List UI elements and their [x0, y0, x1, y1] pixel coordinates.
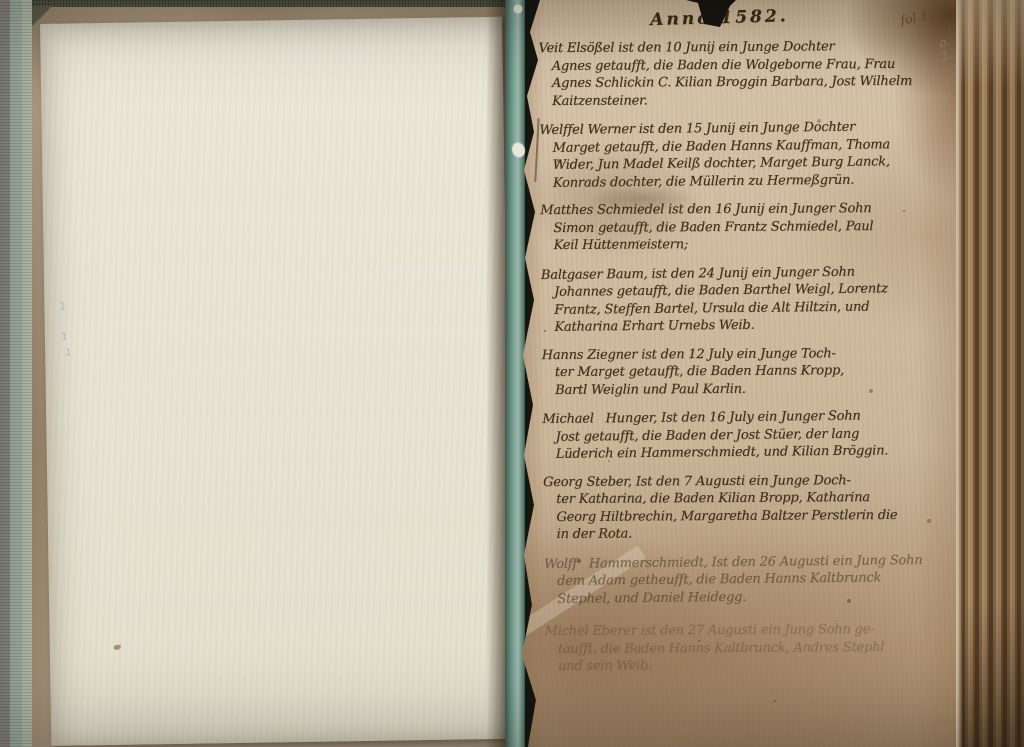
register-entry: Michel Eberer ist den 27 Augusti ein Jun…	[545, 620, 962, 677]
handwriting-layer: Anno 1582. fol 1. p. 1. Veit Elsößel ist…	[538, 0, 961, 687]
year-heading: Anno 1582.	[650, 6, 789, 30]
entry-line: und sein Weib.	[545, 656, 961, 676]
binding-gutter	[505, 0, 525, 747]
entry-line: Agnes Schlickin C. Kilian Broggin Barbar…	[539, 73, 955, 93]
entry-line: ter Marget getaufft, die Baden Hanns Kro…	[542, 362, 958, 382]
entries: Veit Elsößel ist den 10 Junij ein Junge …	[538, 37, 961, 677]
register-entry: Matthes Schmiedel ist den 16 Junij ein J…	[540, 199, 957, 256]
pencil-mark: 1	[61, 332, 67, 343]
pencil-mark: 1	[65, 348, 71, 359]
paper-repair-strip	[518, 545, 646, 639]
entry-line: Johannes getaufft, die Baden Barthel Wei…	[541, 280, 957, 302]
entry-line: Matthes Schmiedel ist den 16 Junij ein J…	[540, 200, 956, 220]
entry-line: Georg Hiltbrechin, Margaretha Baltzer Pe…	[543, 506, 959, 526]
entry-line: Welffel Werner ist den 15 Junij ein Jung…	[539, 118, 955, 140]
paper-crack	[534, 118, 539, 182]
entry-line: in der Rota.	[544, 524, 960, 544]
entry-line: Baltgaser Baum, ist den 24 Junij ein Jun…	[541, 262, 957, 284]
pencil-mark: 1	[59, 302, 65, 313]
fore-edge-page-stack	[956, 0, 1024, 747]
entry-line: Konrads dochter, die Müllerin zu Hermeßg…	[540, 170, 956, 192]
pencil-page-number: p. 1.	[938, 35, 957, 63]
entry-line: Michael Hunger, Ist den 16 July ein Jung…	[542, 407, 958, 429]
blank-flyleaf-page: 1 1 1	[40, 17, 513, 746]
entry-line: Stephel, und Daniel Heidegg.	[544, 586, 960, 608]
folio-mark: fol 1.	[899, 7, 933, 27]
manuscript-page: Anno 1582. fol 1. p. 1. Veit Elsößel ist…	[518, 0, 964, 747]
entry-line: Frantz, Steffen Bartel, Ursula die Alt H…	[541, 297, 957, 319]
entry-line: Marget getaufft, die Baden Hanns Kauffma…	[539, 135, 955, 157]
register-entry: Wolff Hammerschmiedt, Ist den 26 Augusti…	[544, 551, 961, 608]
entry-line: Jost getaufft, die Baden der Jost Stüer,…	[542, 424, 958, 446]
entry-line: Agnes getaufft, die Baden die Wolgeborne…	[539, 55, 955, 75]
entry-line: taufft, die Baden Hanns Kaltbrunck, Andr…	[545, 638, 961, 658]
entry-line: Keil Hüttenmeistern;	[541, 235, 957, 255]
register-entry: Michael Hunger, Ist den 16 July ein Jung…	[542, 407, 959, 464]
book-spread-photo: 1 1 1 Anno 1582. fol 1. p. 1. Veit Elsöß…	[0, 0, 1024, 747]
entry-line: Hanns Ziegner ist den 12 July ein Junge …	[542, 344, 958, 364]
register-entry: Baltgaser Baum, ist den 24 Junij ein Jun…	[541, 262, 958, 336]
entry-line: Wider, Jun Madel Keilß dochter, Marget B…	[540, 153, 956, 175]
stain	[114, 645, 121, 650]
entry-line: Lüderich ein Hammerschmiedt, und Kilian …	[543, 442, 959, 464]
register-entry: Georg Steber, Ist den 7 Augusti ein Jung…	[543, 470, 960, 544]
entry-line: ter Katharina, die Baden Kilian Bropp, K…	[543, 489, 959, 509]
register-entry: Welffel Werner ist den 15 Junij ein Jung…	[539, 118, 956, 192]
register-entry: Hanns Ziegner ist den 12 July ein Junge …	[542, 343, 959, 400]
register-entry: Veit Elsößel ist den 10 Junij ein Junge …	[538, 37, 955, 111]
entry-line: Veit Elsößel ist den 10 Junij ein Junge …	[538, 38, 954, 58]
entry-line: dem Adam getheufft, die Baden Hanns Kalt…	[544, 569, 960, 591]
entry-line: Georg Steber, Ist den 7 Augusti ein Jung…	[543, 471, 959, 491]
entry-line: Michel Eberer ist den 27 Augusti ein Jun…	[545, 621, 961, 641]
entry-line: Bartl Weiglin und Paul Karlin.	[542, 379, 958, 399]
entry-line: Katharina Erhart Urnebs Weib.	[541, 315, 957, 337]
entry-line: Wolff Hammerschmiedt, Ist den 26 Augusti…	[544, 551, 960, 573]
cover-cloth-left-edge	[0, 0, 32, 747]
entry-line: Kaitzensteiner.	[539, 90, 955, 110]
entry-line: Simon getaufft, die Baden Frantz Schmied…	[540, 217, 956, 237]
ink-smudge	[588, 186, 698, 212]
